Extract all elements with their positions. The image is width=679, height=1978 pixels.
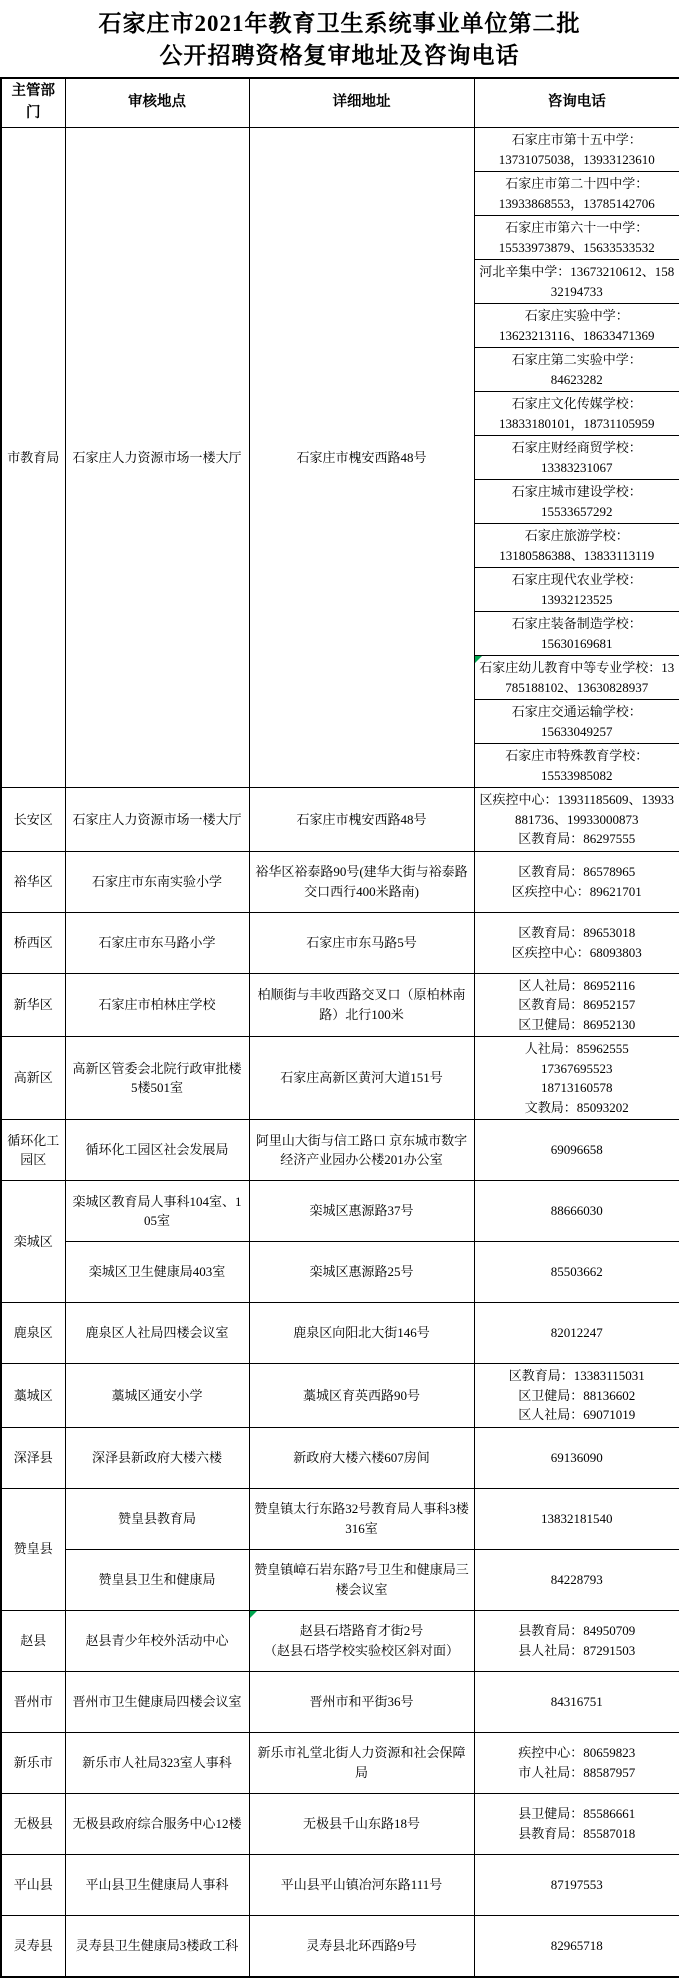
table-row: 灵寿县灵寿县卫生健康局3楼政工科灵寿县北环西路9号82965718	[1, 1915, 679, 1977]
location-cell: 石家庄市东马路小学	[65, 912, 249, 973]
address-cell: 晋州市和平街36号	[249, 1671, 474, 1732]
page-title-line1: 石家庄市2021年教育卫生系统事业单位第二批	[4, 8, 675, 40]
location-cell: 石家庄市柏林庄学校	[65, 973, 249, 1037]
location-cell: 赵县青少年校外活动中心	[65, 1610, 249, 1671]
address-cell: 赞皇镇太行东路32号教育局人事科3楼316室	[249, 1488, 474, 1549]
location-cell: 赞皇县卫生和健康局	[65, 1549, 249, 1610]
phone-cell: 石家庄财经商贸学校：13383231067	[474, 436, 679, 480]
dept-cell: 桥西区	[1, 912, 65, 973]
phone-line: 区疾控中心：13931185609、13933881736、1993300087…	[478, 790, 677, 829]
address-cell: 平山县平山镇冶河东路111号	[249, 1854, 474, 1915]
location-cell: 晋州市卫生健康局四楼会议室	[65, 1671, 249, 1732]
dept-cell: 循环化工园区	[1, 1120, 65, 1181]
address-cell: 赵县石塔路育才街2号 （赵县石塔学校实验校区斜对面）	[249, 1610, 474, 1671]
dept-cell: 高新区	[1, 1037, 65, 1120]
phone-line: 区人社局：86952116	[478, 976, 677, 996]
header-location: 审核地点	[65, 78, 249, 128]
phone-cell: 区教育局：89653018区疾控中心：68093803	[474, 912, 679, 973]
table-row: 无极县无极县政府综合服务中心12楼无极县千山东路18号县卫健局：85586661…	[1, 1793, 679, 1854]
phone-line: 石家庄旅游学校：	[478, 526, 677, 546]
phone-line: 84623282	[478, 370, 677, 390]
phone-cell: 石家庄市第六十一中学：15533973879、15633533532	[474, 216, 679, 260]
phone-line: 石家庄市第二十四中学：	[478, 174, 677, 194]
phone-line: 15533973879、15633533532	[478, 238, 677, 258]
phone-cell: 69136090	[474, 1427, 679, 1488]
phone-line: 82012247	[478, 1323, 677, 1343]
address-cell: 无极县千山东路18号	[249, 1793, 474, 1854]
phone-line: 87197553	[478, 1875, 677, 1895]
phone-line: 县教育局：85587018	[478, 1824, 677, 1844]
dept-cell: 无极县	[1, 1793, 65, 1854]
phone-line: 石家庄第二实验中学：	[478, 350, 677, 370]
table-row: 长安区石家庄人力资源市场一楼大厅石家庄市槐安西路48号区疾控中心：1393118…	[1, 788, 679, 852]
phone-cell: 84316751	[474, 1671, 679, 1732]
address-cell: 鹿泉区向阳北大街146号	[249, 1303, 474, 1364]
phone-line: 区疾控中心：68093803	[478, 943, 677, 963]
dept-cell: 新华区	[1, 973, 65, 1037]
dept-cell: 赵县	[1, 1610, 65, 1671]
phone-line: 县教育局：84950709	[478, 1621, 677, 1641]
dept-cell: 赞皇县	[1, 1488, 65, 1610]
address-cell: 石家庄高新区黄河大道151号	[249, 1037, 474, 1120]
address-cell: 石家庄市槐安西路48号	[249, 788, 474, 852]
phone-cell: 82012247	[474, 1303, 679, 1364]
dept-cell: 深泽县	[1, 1427, 65, 1488]
phone-line: 区人社局：69071019	[478, 1405, 677, 1425]
phone-cell: 人社局：859625551736769552318713160578文教局：85…	[474, 1037, 679, 1120]
phone-cell: 石家庄文化传媒学校：13833180101，18731105959	[474, 392, 679, 436]
phone-line: 石家庄市第六十一中学：	[478, 218, 677, 238]
dept-cell: 长安区	[1, 788, 65, 852]
table-row: 赵县赵县青少年校外活动中心赵县石塔路育才街2号 （赵县石塔学校实验校区斜对面）县…	[1, 1610, 679, 1671]
cell-error-marker-icon	[475, 656, 482, 663]
dept-cell: 栾城区	[1, 1181, 65, 1303]
address-cell: 石家庄市东马路5号	[249, 912, 474, 973]
phone-line: 15630169681	[478, 634, 677, 654]
phone-line: 69136090	[478, 1448, 677, 1468]
address-cell: 石家庄市槐安西路48号	[249, 128, 474, 788]
phone-cell: 石家庄现代农业学校：13932123525	[474, 568, 679, 612]
location-cell: 深泽县新政府大楼六楼	[65, 1427, 249, 1488]
phone-cell: 区人社局：86952116区教育局：86952157区卫健局：86952130	[474, 973, 679, 1037]
phone-line: 石家庄市第十五中学：	[478, 130, 677, 150]
location-cell: 石家庄人力资源市场一楼大厅	[65, 788, 249, 852]
table-row: 赞皇县赞皇县教育局赞皇镇太行东路32号教育局人事科3楼316室138321815…	[1, 1488, 679, 1549]
table-row: 新华区石家庄市柏林庄学校柏顺街与丰收西路交叉口（原柏林南路）北行100米区人社局…	[1, 973, 679, 1037]
phone-line: 13933868553，13785142706	[478, 194, 677, 214]
phone-cell: 石家庄市第十五中学：13731075038，13933123610	[474, 128, 679, 172]
phone-line: 石家庄交通运输学校：	[478, 702, 677, 722]
table-row: 新乐市新乐市人社局323室人事科新乐市礼堂北街人力资源和社会保障局疾控中心：80…	[1, 1732, 679, 1793]
phone-cell: 石家庄城市建设学校：15533657292	[474, 480, 679, 524]
location-cell: 平山县卫生健康局人事科	[65, 1854, 249, 1915]
phone-cell: 石家庄旅游学校：13180586388、13833113119	[474, 524, 679, 568]
review-table-header: 主管部门 审核地点 详细地址 咨询电话	[1, 78, 679, 128]
phone-line: 17367695523	[478, 1059, 677, 1079]
header-row: 主管部门 审核地点 详细地址 咨询电话	[1, 78, 679, 128]
cell-error-marker-icon	[250, 1611, 257, 1618]
phone-line: 82965718	[478, 1936, 677, 1956]
location-cell: 藁城区通安小学	[65, 1364, 249, 1428]
phone-line: 石家庄实验中学：	[478, 306, 677, 326]
phone-line: 区教育局：13383115031	[478, 1366, 677, 1386]
table-row: 桥西区石家庄市东马路小学石家庄市东马路5号区教育局：89653018区疾控中心：…	[1, 912, 679, 973]
header-phone: 咨询电话	[474, 78, 679, 128]
address-cell: 裕华区裕泰路90号(建华大街与裕泰路交口西行400米路南)	[249, 851, 474, 912]
page: { "page": { "title_line1": "石家庄市2021年教育卫…	[0, 0, 679, 1978]
table-row: 栾城区卫生健康局403室栾城区惠源路25号85503662	[1, 1242, 679, 1303]
phone-line: 18713160578	[478, 1078, 677, 1098]
location-cell: 赞皇县教育局	[65, 1488, 249, 1549]
location-cell: 石家庄人力资源市场一楼大厅	[65, 128, 249, 788]
location-cell: 循环化工园区社会发展局	[65, 1120, 249, 1181]
phone-cell: 84228793	[474, 1549, 679, 1610]
phone-line: 石家庄市特殊教育学校：	[478, 746, 677, 766]
table-row: 深泽县深泽县新政府大楼六楼新政府大楼六楼607房间69136090	[1, 1427, 679, 1488]
phone-cell: 区教育局：86578965区疾控中心：89621701	[474, 851, 679, 912]
phone-line: 石家庄城市建设学校：	[478, 482, 677, 502]
phone-line: 县卫健局：85586661	[478, 1804, 677, 1824]
table-row: 循环化工园区循环化工园区社会发展局阿里山大街与信工路口 京东城市数字经济产业园办…	[1, 1120, 679, 1181]
phone-cell: 疾控中心：80659823市人社局：88587957	[474, 1732, 679, 1793]
phone-line: 文教局：85093202	[478, 1098, 677, 1118]
page-title: 石家庄市2021年教育卫生系统事业单位第二批 公开招聘资格复审地址及咨询电话	[0, 0, 679, 77]
address-cell: 新政府大楼六楼607房间	[249, 1427, 474, 1488]
location-cell: 石家庄市东南实验小学	[65, 851, 249, 912]
dept-cell: 平山县	[1, 1854, 65, 1915]
phone-cell: 县教育局：84950709县人社局：87291503	[474, 1610, 679, 1671]
phone-cell: 13832181540	[474, 1488, 679, 1549]
phone-line: 石家庄现代农业学校：	[478, 570, 677, 590]
address-cell: 柏顺街与丰收西路交叉口（原柏林南路）北行100米	[249, 973, 474, 1037]
dept-cell: 灵寿县	[1, 1915, 65, 1977]
phone-cell: 69096658	[474, 1120, 679, 1181]
page-title-line2: 公开招聘资格复审地址及咨询电话	[4, 40, 675, 72]
table-row: 藁城区藁城区通安小学藁城区育英西路90号区教育局：13383115031区卫健局…	[1, 1364, 679, 1428]
phone-cell: 区教育局：13383115031区卫健局：88136602区人社局：690710…	[474, 1364, 679, 1428]
table-row: 市教育局石家庄人力资源市场一楼大厅石家庄市槐安西路48号石家庄市第十五中学：13…	[1, 128, 679, 172]
phone-line: 区卫健局：86952130	[478, 1015, 677, 1035]
address-cell: 藁城区育英西路90号	[249, 1364, 474, 1428]
dept-cell: 新乐市	[1, 1732, 65, 1793]
dept-cell: 市教育局	[1, 128, 65, 788]
phone-cell: 石家庄实验中学：13623213116、18633471369	[474, 304, 679, 348]
phone-line: 市人社局：88587957	[478, 1763, 677, 1783]
phone-cell: 石家庄市第二十四中学：13933868553，13785142706	[474, 172, 679, 216]
table-row: 高新区高新区管委会北院行政审批楼5楼501室石家庄高新区黄河大道151号人社局：…	[1, 1037, 679, 1120]
address-cell: 新乐市礼堂北街人力资源和社会保障局	[249, 1732, 474, 1793]
location-cell: 新乐市人社局323室人事科	[65, 1732, 249, 1793]
phone-cell: 区疾控中心：13931185609、13933881736、1993300087…	[474, 788, 679, 852]
phone-line: 疾控中心：80659823	[478, 1743, 677, 1763]
phone-line: 85503662	[478, 1262, 677, 1282]
review-table: 主管部门 审核地点 详细地址 咨询电话 市教育局石家庄人力资源市场一楼大厅石家庄…	[0, 77, 679, 1978]
phone-line: 84316751	[478, 1692, 677, 1712]
table-row: 栾城区栾城区教育局人事科104室、105室栾城区惠源路37号88666030	[1, 1181, 679, 1242]
phone-cell: 石家庄第二实验中学：84623282	[474, 348, 679, 392]
phone-line: 区教育局：89653018	[478, 923, 677, 943]
phone-line: 区卫健局：88136602	[478, 1386, 677, 1406]
phone-line: 15633049257	[478, 722, 677, 742]
phone-cell: 县卫健局：85586661县教育局：85587018	[474, 1793, 679, 1854]
address-cell: 灵寿县北环西路9号	[249, 1915, 474, 1977]
phone-line: 石家庄幼儿教育中等专业学校：13785188102、13630828937	[478, 658, 677, 697]
phone-line: 河北辛集中学：13673210612、15832194733	[478, 262, 677, 301]
header-address: 详细地址	[249, 78, 474, 128]
location-cell: 鹿泉区人社局四楼会议室	[65, 1303, 249, 1364]
dept-cell: 晋州市	[1, 1671, 65, 1732]
phone-line: 石家庄装备制造学校：	[478, 614, 677, 634]
phone-cell: 石家庄幼儿教育中等专业学校：13785188102、13630828937	[474, 656, 679, 700]
phone-line: 15533985082	[478, 766, 677, 786]
phone-line: 13932123525	[478, 590, 677, 610]
phone-line: 区教育局：86578965	[478, 862, 677, 882]
address-cell: 栾城区惠源路37号	[249, 1181, 474, 1242]
phone-line: 区疾控中心：89621701	[478, 882, 677, 902]
location-cell: 栾城区卫生健康局403室	[65, 1242, 249, 1303]
phone-line: 88666030	[478, 1201, 677, 1221]
phone-cell: 河北辛集中学：13673210612、15832194733	[474, 260, 679, 304]
header-dept: 主管部门	[1, 78, 65, 128]
phone-cell: 82965718	[474, 1915, 679, 1977]
phone-cell: 85503662	[474, 1242, 679, 1303]
dept-cell: 裕华区	[1, 851, 65, 912]
phone-line: 69096658	[478, 1140, 677, 1160]
phone-line: 13383231067	[478, 458, 677, 478]
table-row: 赞皇县卫生和健康局赞皇镇嶂石岩东路7号卫生和健康局三楼会议室84228793	[1, 1549, 679, 1610]
phone-line: 石家庄文化传媒学校：	[478, 394, 677, 414]
location-cell: 高新区管委会北院行政审批楼5楼501室	[65, 1037, 249, 1120]
phone-line: 区教育局：86297555	[478, 829, 677, 849]
phone-line: 县人社局：87291503	[478, 1641, 677, 1661]
address-cell: 阿里山大街与信工路口 京东城市数字经济产业园办公楼201办公室	[249, 1120, 474, 1181]
table-row: 鹿泉区鹿泉区人社局四楼会议室鹿泉区向阳北大街146号82012247	[1, 1303, 679, 1364]
phone-cell: 石家庄装备制造学校：15630169681	[474, 612, 679, 656]
location-cell: 无极县政府综合服务中心12楼	[65, 1793, 249, 1854]
phone-cell: 石家庄交通运输学校：15633049257	[474, 700, 679, 744]
phone-line: 84228793	[478, 1570, 677, 1590]
location-cell: 栾城区教育局人事科104室、105室	[65, 1181, 249, 1242]
table-row: 裕华区石家庄市东南实验小学裕华区裕泰路90号(建华大街与裕泰路交口西行400米路…	[1, 851, 679, 912]
phone-line: 13833180101，18731105959	[478, 414, 677, 434]
phone-line: 13832181540	[478, 1509, 677, 1529]
address-cell: 栾城区惠源路25号	[249, 1242, 474, 1303]
location-cell: 灵寿县卫生健康局3楼政工科	[65, 1915, 249, 1977]
dept-cell: 藁城区	[1, 1364, 65, 1428]
table-row: 平山县平山县卫生健康局人事科平山县平山镇冶河东路111号87197553	[1, 1854, 679, 1915]
phone-line: 13731075038，13933123610	[478, 150, 677, 170]
phone-line: 人社局：85962555	[478, 1039, 677, 1059]
dept-cell: 鹿泉区	[1, 1303, 65, 1364]
review-table-body: 市教育局石家庄人力资源市场一楼大厅石家庄市槐安西路48号石家庄市第十五中学：13…	[1, 128, 679, 1977]
table-row: 晋州市晋州市卫生健康局四楼会议室晋州市和平街36号84316751	[1, 1671, 679, 1732]
phone-line: 石家庄财经商贸学校：	[478, 438, 677, 458]
phone-cell: 石家庄市特殊教育学校：15533985082	[474, 744, 679, 788]
phone-cell: 87197553	[474, 1854, 679, 1915]
phone-line: 区教育局：86952157	[478, 995, 677, 1015]
phone-cell: 88666030	[474, 1181, 679, 1242]
address-cell: 赞皇镇嶂石岩东路7号卫生和健康局三楼会议室	[249, 1549, 474, 1610]
phone-line: 13623213116、18633471369	[478, 326, 677, 346]
phone-line: 15533657292	[478, 502, 677, 522]
phone-line: 13180586388、13833113119	[478, 546, 677, 566]
